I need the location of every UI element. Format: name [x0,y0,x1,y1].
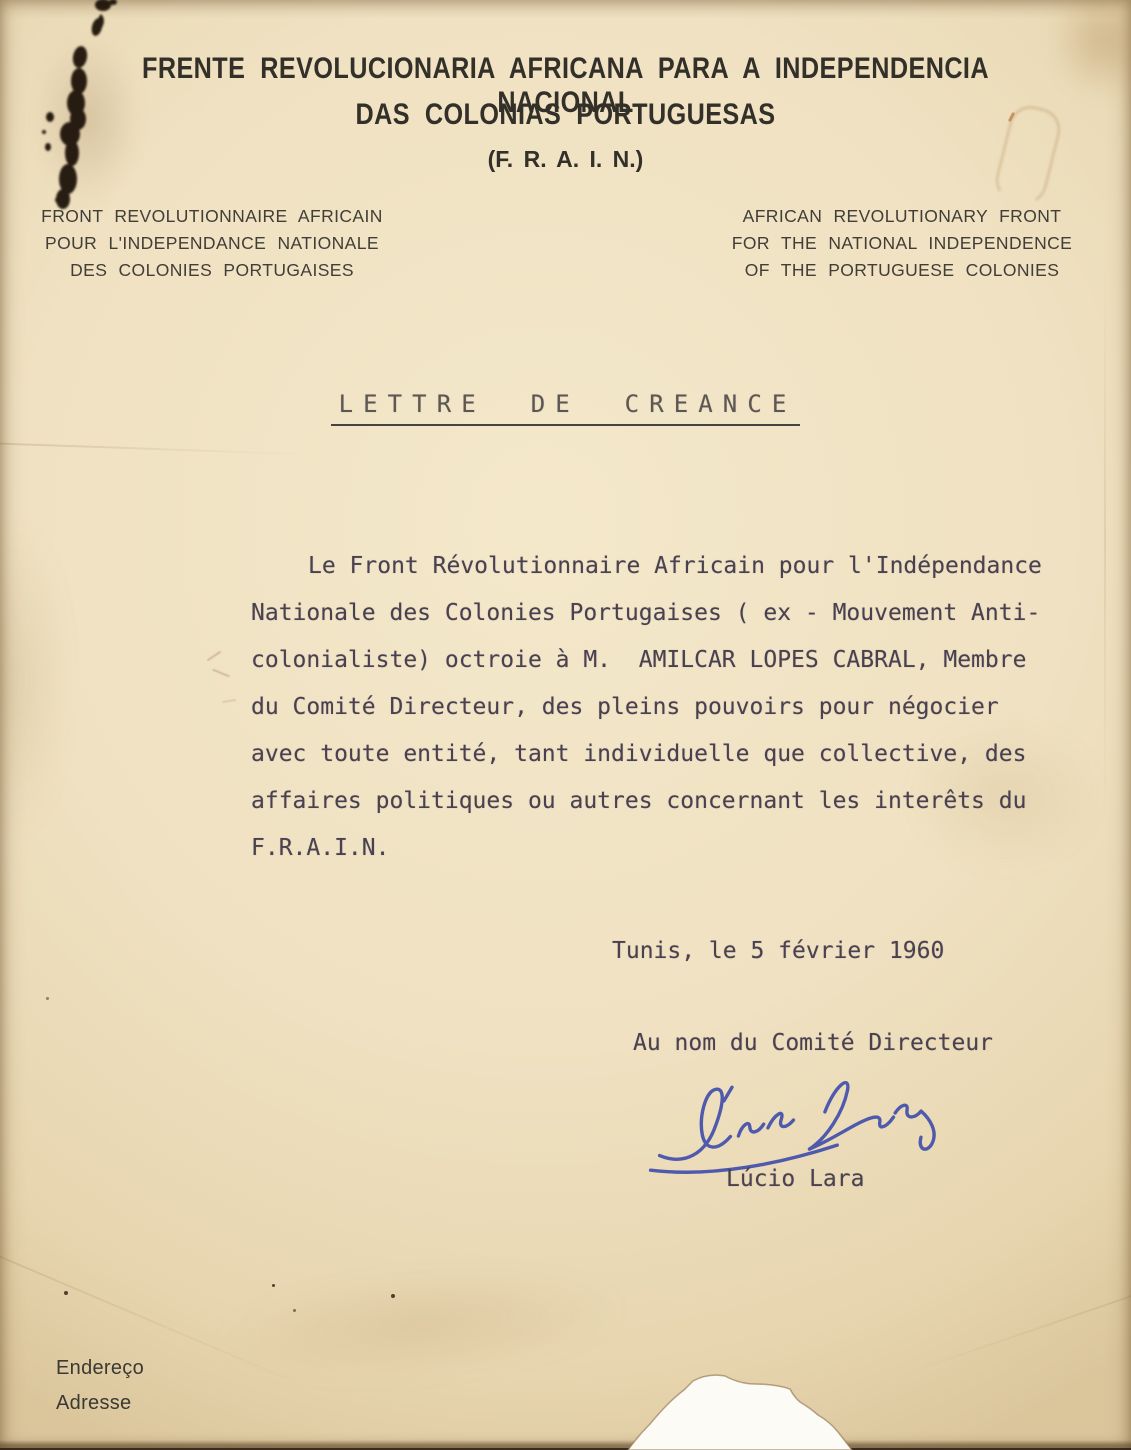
paper-crease [0,443,310,456]
org-name-english-line: FOR THE NATIONAL INDEPENDENCE [716,230,1088,257]
ink-blot [25,0,165,230]
letter-document: FRENTE REVOLUCIONARIA AFRICANA PARA A IN… [0,0,1131,1450]
ink-speck [293,1309,296,1312]
ink-speck [272,1284,275,1287]
pencil-mark [222,699,236,703]
ink-speck [64,1291,68,1295]
body-line: du Comité Directeur, des pleins pouvoirs… [251,684,1071,731]
dateline: Tunis, le 5 février 1960 [612,938,944,964]
org-acronym: (F. R. A. I. N.) [0,146,1131,173]
letter-title: LETTRE DE CREANCE [0,390,1131,426]
body-line: colonialiste) octroie à M. AMILCAR LOPES… [251,637,1071,684]
signoff-line: Au nom du Comité Directeur [633,1030,993,1056]
paper-crease [1104,260,1106,820]
org-name-english-line: AFRICAN REVOLUTIONARY FRONT [716,203,1088,230]
org-name-english: AFRICAN REVOLUTIONARY FRONT FOR THE NATI… [716,203,1088,284]
address-label-fr: Adresse [56,1386,144,1421]
pencil-mark [212,669,229,678]
ink-speck [46,997,49,1000]
body-line: Le Front Révolutionnaire Africain pour l… [251,543,1071,590]
body-line: avec toute entité, tant individuelle que… [251,731,1071,778]
address-labels: Endereço Adresse [56,1351,144,1421]
address-label-pt: Endereço [56,1351,144,1386]
typed-signature-name: Lúcio Lara [726,1166,864,1192]
paper-stain [0,470,80,890]
body-line: Nationale des Colonies Portugaises ( ex … [251,590,1071,637]
body-line: affaires politiques ou autres concernant… [251,778,1071,825]
org-name-french-line: POUR L'INDEPENDANCE NATIONALE [36,230,388,257]
paper-stain [1030,0,1131,120]
org-name-english-line: OF THE PORTUGUESE COLONIES [716,257,1088,284]
body-line: F.R.A.I.N. [251,825,1071,872]
org-name-french-line: DES COLONIES PORTUGAISES [36,257,388,284]
ink-speck [391,1294,395,1298]
paper-tear [590,1372,920,1450]
pencil-mark [207,651,221,662]
letter-title-text: LETTRE DE CREANCE [331,390,801,426]
scan-bottom-edge [0,1440,1131,1450]
org-name-line2: DAS COLONIAS PORTUGUESAS [90,98,1040,132]
letter-body: Le Front Révolutionnaire Africain pour l… [251,543,1071,872]
